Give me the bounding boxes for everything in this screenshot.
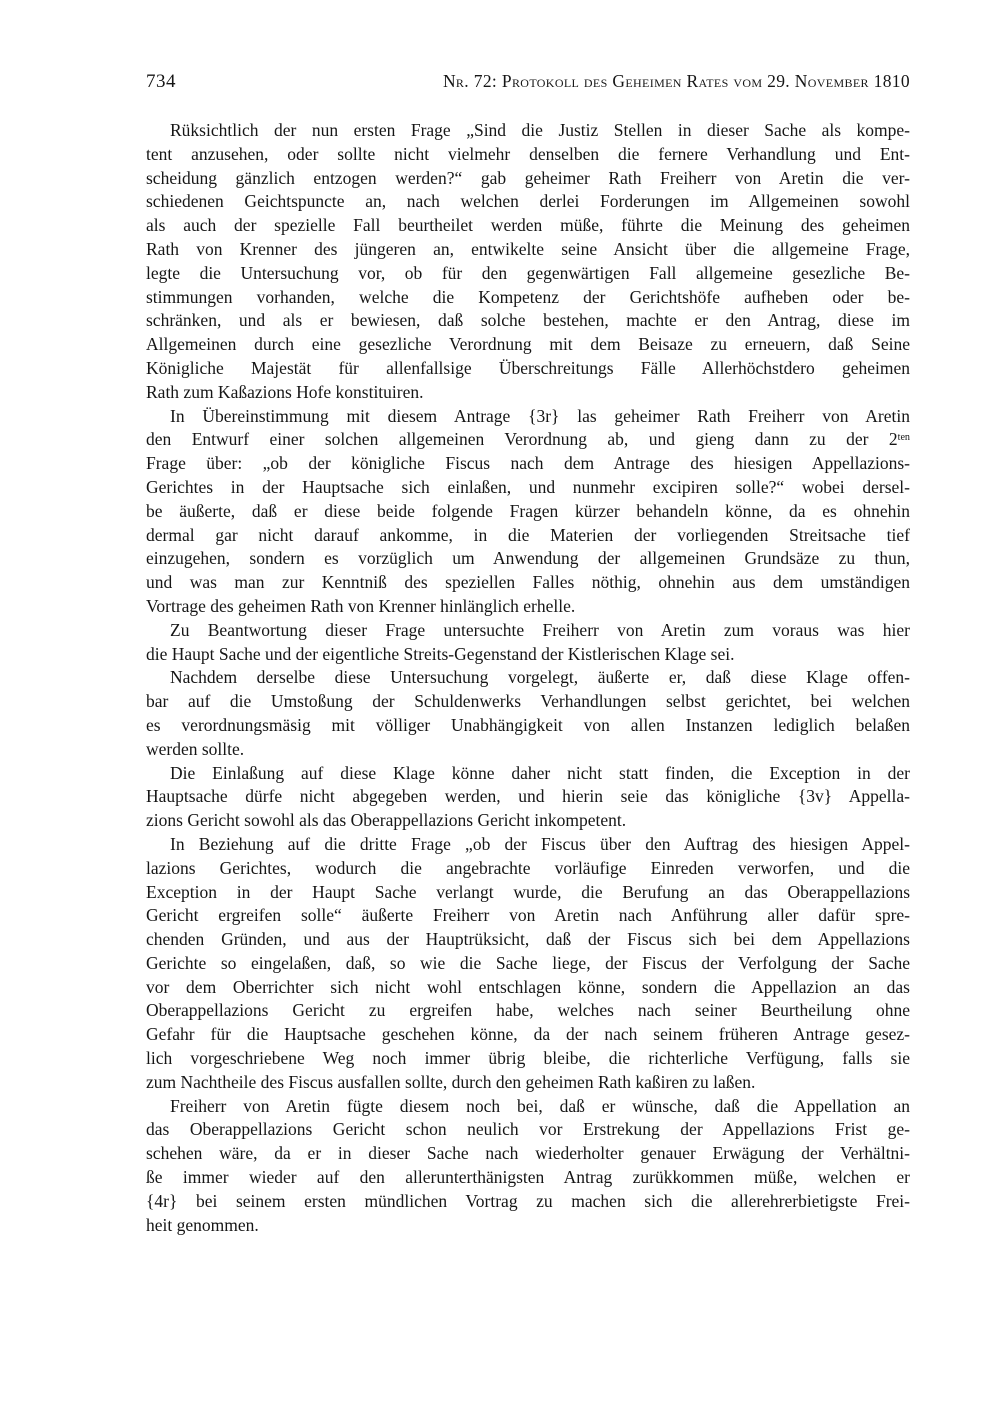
text-line: Freiherr von Aretin fügte diesem noch be… [146, 1095, 910, 1119]
page-header: 734 Nr. 72: Protokoll des Geheimen Rates… [146, 71, 910, 93]
document-page: 734 Nr. 72: Protokoll des Geheimen Rates… [0, 0, 1004, 1418]
text-line: Vortrage des geheimen Rath von Krenner h… [146, 595, 910, 619]
text-line: scheidung gänzlich entzogen werden?“ gab… [146, 167, 910, 191]
text-line: Oberappellazions Gericht zu ergreifen ha… [146, 999, 910, 1023]
text-line: schehen wäre, da er in dieser Sache nach… [146, 1142, 910, 1166]
text-line: Gericht ergreifen solle“ äußerte Freiher… [146, 904, 910, 928]
text-line: lazions Gerichtes, wodurch die angebrach… [146, 857, 910, 881]
text-line: dermal gar nicht darauf ankomme, in die … [146, 524, 910, 548]
paragraph: Nachdem derselbe diese Untersuchung vorg… [146, 666, 910, 761]
paragraph: In Übereinstimmung mit diesem Antrage {3… [146, 405, 910, 619]
text-line: schränken, und als er bewiesen, daß solc… [146, 309, 910, 333]
text-line: Königliche Majestät für allenfallsige Üb… [146, 357, 910, 381]
text-line: Gefahr für die Hauptsache geschehen könn… [146, 1023, 910, 1047]
page-number: 734 [146, 71, 176, 93]
text-line: ße immer wieder auf den allerunterthänig… [146, 1166, 910, 1190]
text-line: zions Gericht sowohl als das Oberappella… [146, 809, 910, 833]
paragraph: Zu Beantwortung dieser Frage untersuchte… [146, 619, 910, 667]
text-line: stimmungen vorhanden, welche die Kompete… [146, 286, 910, 310]
text-line: das Oberappellazions Gericht schon neuli… [146, 1118, 910, 1142]
paragraph: Rüksichtlich der nun ersten Frage „Sind … [146, 119, 910, 405]
text-line: und was man zur Kenntniß des speziellen … [146, 571, 910, 595]
text-line: als auch der spezielle Fall beurtheilet … [146, 214, 910, 238]
text-line: es verordnungsmäsig mit völliger Unabhän… [146, 714, 910, 738]
text-line: einzugehen, sondern es vorzüglich um Anw… [146, 547, 910, 571]
text-line: Hauptsache dürfe nicht abgegeben werden,… [146, 785, 910, 809]
text-line: Allgemeinen durch eine gesezliche Verord… [146, 333, 910, 357]
text-line: be äußerte, daß er diese beide folgende … [146, 500, 910, 524]
text-line: schiedenen Geichtspuncte an, nach welche… [146, 190, 910, 214]
text-line: den Entwurf einer solchen allgemeinen Ve… [146, 428, 910, 452]
text-line: Exception in der Haupt Sache verlangt wu… [146, 881, 910, 905]
text-line: zum Nachtheile des Fiscus ausfallen soll… [146, 1071, 910, 1095]
text-line: Nachdem derselbe diese Untersuchung vorg… [146, 666, 910, 690]
text-line: tent anzusehen, oder sollte nicht vielme… [146, 143, 910, 167]
text-line: lich vorgeschriebene Weg noch immer übri… [146, 1047, 910, 1071]
text-line: In Übereinstimmung mit diesem Antrage {3… [146, 405, 910, 429]
text-line: Gerichtes in der Hauptsache sich einlaße… [146, 476, 910, 500]
text-line: Die Einlaßung auf diese Klage könne dahe… [146, 762, 910, 786]
text-line: {4r} bei seinem ersten mündlichen Vortra… [146, 1190, 910, 1214]
text-line: In Beziehung auf die dritte Frage „ob de… [146, 833, 910, 857]
text-line: Frage über: „ob der königliche Fiscus na… [146, 452, 910, 476]
text-line: legte die Untersuchung vor, ob für den g… [146, 262, 910, 286]
text-line: Rath zum Kaßazions Hofe konstituiren. [146, 381, 910, 405]
superscript: ten [898, 432, 910, 443]
document-body: Rüksichtlich der nun ersten Frage „Sind … [146, 119, 910, 1237]
text-line: die Haupt Sache und der eigentliche Stre… [146, 643, 910, 667]
text-line: Rüksichtlich der nun ersten Frage „Sind … [146, 119, 910, 143]
text-line: Gerichte so eingelaßen, daß, so wie die … [146, 952, 910, 976]
paragraph: Freiherr von Aretin fügte diesem noch be… [146, 1095, 910, 1238]
text-line: chenden Gründen, und aus der Hauptrüksic… [146, 928, 910, 952]
paragraph: Die Einlaßung auf diese Klage könne dahe… [146, 762, 910, 833]
text-line: heit genommen. [146, 1214, 910, 1238]
text-line: Zu Beantwortung dieser Frage untersuchte… [146, 619, 910, 643]
text-line: vor dem Oberrichter sich nicht wohl ents… [146, 976, 910, 1000]
text-line: Rath von Krenner des jüngeren an, entwik… [146, 238, 910, 262]
running-header: Nr. 72: Protokoll des Geheimen Rates vom… [443, 71, 910, 92]
paragraph: In Beziehung auf die dritte Frage „ob de… [146, 833, 910, 1095]
text-line: bar auf die Umstoßung der Schuldenwerks … [146, 690, 910, 714]
text-line: werden sollte. [146, 738, 910, 762]
